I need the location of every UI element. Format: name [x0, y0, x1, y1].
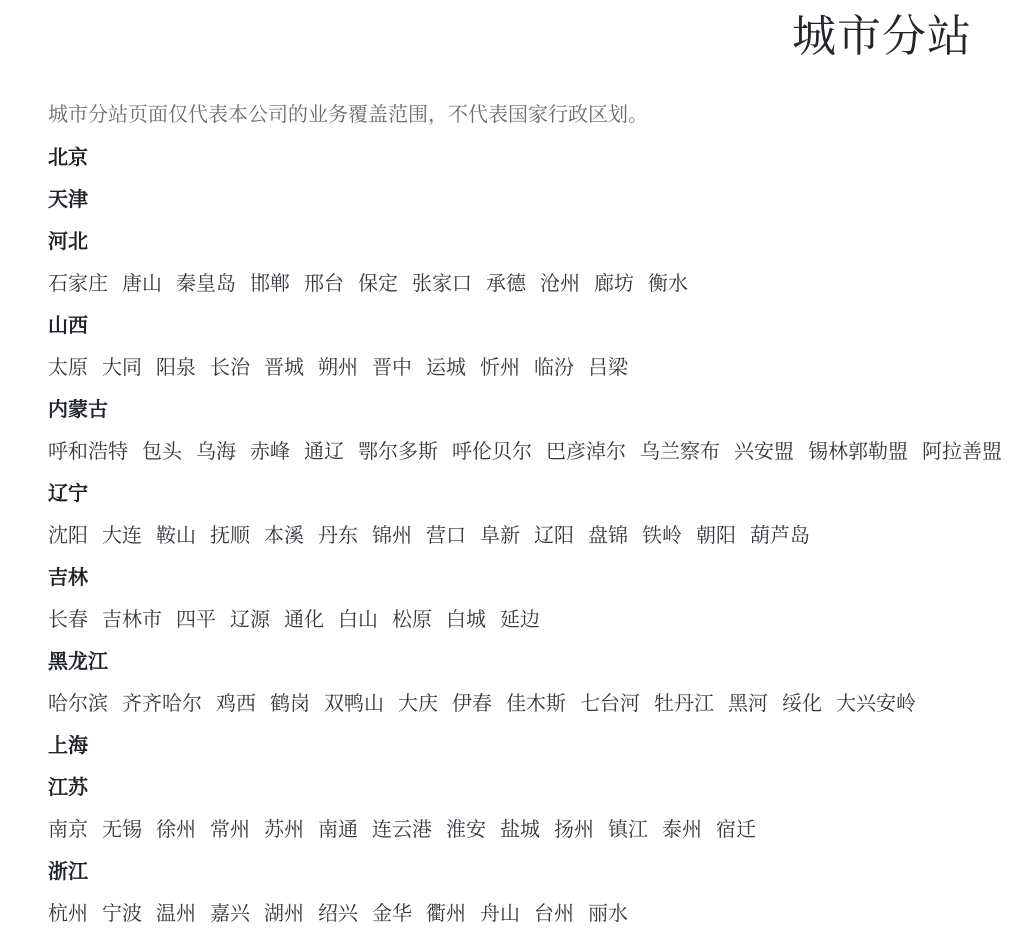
- city-link[interactable]: 乌海: [196, 441, 236, 463]
- city-link[interactable]: 金华: [372, 903, 412, 925]
- city-link[interactable]: 泰州: [662, 819, 702, 841]
- city-link[interactable]: 石家庄: [48, 273, 108, 295]
- city-link[interactable]: 温州: [156, 903, 196, 925]
- city-link[interactable]: 吉林市: [102, 609, 162, 631]
- city-link[interactable]: 呼伦贝尔: [452, 441, 532, 463]
- city-link[interactable]: 盘锦: [588, 525, 628, 547]
- city-link[interactable]: 晋城: [264, 357, 304, 379]
- city-link[interactable]: 南京: [48, 819, 88, 841]
- city-link[interactable]: 抚顺: [210, 525, 250, 547]
- city-link[interactable]: 廊坊: [594, 273, 634, 295]
- city-link[interactable]: 包头: [142, 441, 182, 463]
- city-link[interactable]: 吕梁: [588, 357, 628, 379]
- city-link[interactable]: 辽阳: [534, 525, 574, 547]
- city-link[interactable]: 大庆: [398, 693, 438, 715]
- city-link[interactable]: 大兴安岭: [836, 693, 916, 715]
- city-list: 沈阳大连鞍山抚顺本溪丹东锦州营口阜新辽阳盘锦铁岭朝阳葫芦岛: [48, 525, 972, 547]
- city-link[interactable]: 乌兰察布: [640, 441, 720, 463]
- city-link[interactable]: 鸡西: [216, 693, 256, 715]
- city-link[interactable]: 本溪: [264, 525, 304, 547]
- city-link[interactable]: 苏州: [264, 819, 304, 841]
- province-header: 山西: [48, 315, 972, 337]
- province-header: 上海: [48, 735, 972, 757]
- city-list: 石家庄唐山秦皇岛邯郸邢台保定张家口承德沧州廊坊衡水: [48, 273, 972, 295]
- page-title: 城市分站: [48, 12, 972, 62]
- city-link[interactable]: 长治: [210, 357, 250, 379]
- city-link[interactable]: 衡水: [648, 273, 688, 295]
- city-link[interactable]: 秦皇岛: [176, 273, 236, 295]
- city-link[interactable]: 营口: [426, 525, 466, 547]
- province-header: 江苏: [48, 777, 972, 799]
- city-link[interactable]: 朝阳: [696, 525, 736, 547]
- city-link[interactable]: 镇江: [608, 819, 648, 841]
- city-link[interactable]: 呼和浩特: [48, 441, 128, 463]
- city-substation-page: 城市分站 城市分站页面仅代表本公司的业务覆盖范围，不代表国家行政区划。 北京天津…: [0, 0, 1012, 935]
- city-link[interactable]: 邯郸: [250, 273, 290, 295]
- city-list: 哈尔滨齐齐哈尔鸡西鹤岗双鸭山大庆伊春佳木斯七台河牡丹江黑河绥化大兴安岭: [48, 693, 972, 715]
- city-list: 太原大同阳泉长治晋城朔州晋中运城忻州临汾吕梁: [48, 357, 972, 379]
- city-link[interactable]: 黑河: [728, 693, 768, 715]
- city-link[interactable]: 七台河: [580, 693, 640, 715]
- city-link[interactable]: 阿拉善盟: [922, 441, 1002, 463]
- city-link[interactable]: 大连: [102, 525, 142, 547]
- city-link[interactable]: 舟山: [480, 903, 520, 925]
- city-link[interactable]: 湖州: [264, 903, 304, 925]
- city-link[interactable]: 唐山: [122, 273, 162, 295]
- city-link[interactable]: 松原: [392, 609, 432, 631]
- city-link[interactable]: 沧州: [540, 273, 580, 295]
- city-link[interactable]: 通辽: [304, 441, 344, 463]
- city-link[interactable]: 齐齐哈尔: [122, 693, 202, 715]
- city-link[interactable]: 宁波: [102, 903, 142, 925]
- city-link[interactable]: 嘉兴: [210, 903, 250, 925]
- city-link[interactable]: 白城: [446, 609, 486, 631]
- city-link[interactable]: 伊春: [452, 693, 492, 715]
- city-link[interactable]: 鞍山: [156, 525, 196, 547]
- city-link[interactable]: 白山: [338, 609, 378, 631]
- city-link[interactable]: 保定: [358, 273, 398, 295]
- city-link[interactable]: 宿迁: [716, 819, 756, 841]
- city-link[interactable]: 忻州: [480, 357, 520, 379]
- city-link[interactable]: 双鸭山: [324, 693, 384, 715]
- disclaimer-text: 城市分站页面仅代表本公司的业务覆盖范围，不代表国家行政区划。: [48, 104, 972, 126]
- city-link[interactable]: 承德: [486, 273, 526, 295]
- city-link[interactable]: 绥化: [782, 693, 822, 715]
- city-link[interactable]: 铁岭: [642, 525, 682, 547]
- city-link[interactable]: 牡丹江: [654, 693, 714, 715]
- city-link[interactable]: 赤峰: [250, 441, 290, 463]
- city-link[interactable]: 沈阳: [48, 525, 88, 547]
- city-link[interactable]: 淮安: [446, 819, 486, 841]
- province-header: 黑龙江: [48, 651, 972, 673]
- province-header: 北京: [48, 147, 972, 169]
- city-link[interactable]: 徐州: [156, 819, 196, 841]
- city-link[interactable]: 兴安盟: [734, 441, 794, 463]
- city-link[interactable]: 晋中: [372, 357, 412, 379]
- city-list: 呼和浩特包头乌海赤峰通辽鄂尔多斯呼伦贝尔巴彦淖尔乌兰察布兴安盟锡林郭勒盟阿拉善盟: [48, 441, 972, 463]
- province-header: 河北: [48, 231, 972, 253]
- city-link[interactable]: 长春: [48, 609, 88, 631]
- city-link[interactable]: 临汾: [534, 357, 574, 379]
- city-link[interactable]: 鄂尔多斯: [358, 441, 438, 463]
- province-header: 天津: [48, 189, 972, 211]
- city-link[interactable]: 衢州: [426, 903, 466, 925]
- city-link[interactable]: 台州: [534, 903, 574, 925]
- city-link[interactable]: 锡林郭勒盟: [808, 441, 908, 463]
- city-link[interactable]: 扬州: [554, 819, 594, 841]
- city-list: 杭州宁波温州嘉兴湖州绍兴金华衢州舟山台州丽水: [48, 903, 972, 925]
- city-link[interactable]: 大同: [102, 357, 142, 379]
- province-header: 内蒙古: [48, 399, 972, 421]
- city-link[interactable]: 辽源: [230, 609, 270, 631]
- city-link[interactable]: 四平: [176, 609, 216, 631]
- city-link[interactable]: 南通: [318, 819, 358, 841]
- province-header: 吉林: [48, 567, 972, 589]
- city-list: 长春吉林市四平辽源通化白山松原白城延边: [48, 609, 972, 631]
- city-link[interactable]: 连云港: [372, 819, 432, 841]
- city-link[interactable]: 丽水: [588, 903, 628, 925]
- city-link[interactable]: 葫芦岛: [750, 525, 810, 547]
- city-link[interactable]: 无锡: [102, 819, 142, 841]
- city-link[interactable]: 阜新: [480, 525, 520, 547]
- city-link[interactable]: 阳泉: [156, 357, 196, 379]
- city-link[interactable]: 延边: [500, 609, 540, 631]
- province-header: 辽宁: [48, 483, 972, 505]
- city-link[interactable]: 张家口: [412, 273, 472, 295]
- city-link[interactable]: 哈尔滨: [48, 693, 108, 715]
- city-link[interactable]: 朔州: [318, 357, 358, 379]
- city-list: 南京无锡徐州常州苏州南通连云港淮安盐城扬州镇江泰州宿迁: [48, 819, 972, 841]
- city-link[interactable]: 盐城: [500, 819, 540, 841]
- city-link[interactable]: 通化: [284, 609, 324, 631]
- city-link[interactable]: 丹东: [318, 525, 358, 547]
- city-link[interactable]: 常州: [210, 819, 250, 841]
- city-link[interactable]: 运城: [426, 357, 466, 379]
- province-sections: 北京天津河北石家庄唐山秦皇岛邯郸邢台保定张家口承德沧州廊坊衡水山西太原大同阳泉长…: [48, 147, 972, 925]
- city-link[interactable]: 太原: [48, 357, 88, 379]
- city-link[interactable]: 邢台: [304, 273, 344, 295]
- city-link[interactable]: 绍兴: [318, 903, 358, 925]
- city-link[interactable]: 鹤岗: [270, 693, 310, 715]
- province-header: 浙江: [48, 861, 972, 883]
- city-link[interactable]: 佳木斯: [506, 693, 566, 715]
- city-link[interactable]: 锦州: [372, 525, 412, 547]
- city-link[interactable]: 杭州: [48, 903, 88, 925]
- city-link[interactable]: 巴彦淖尔: [546, 441, 626, 463]
